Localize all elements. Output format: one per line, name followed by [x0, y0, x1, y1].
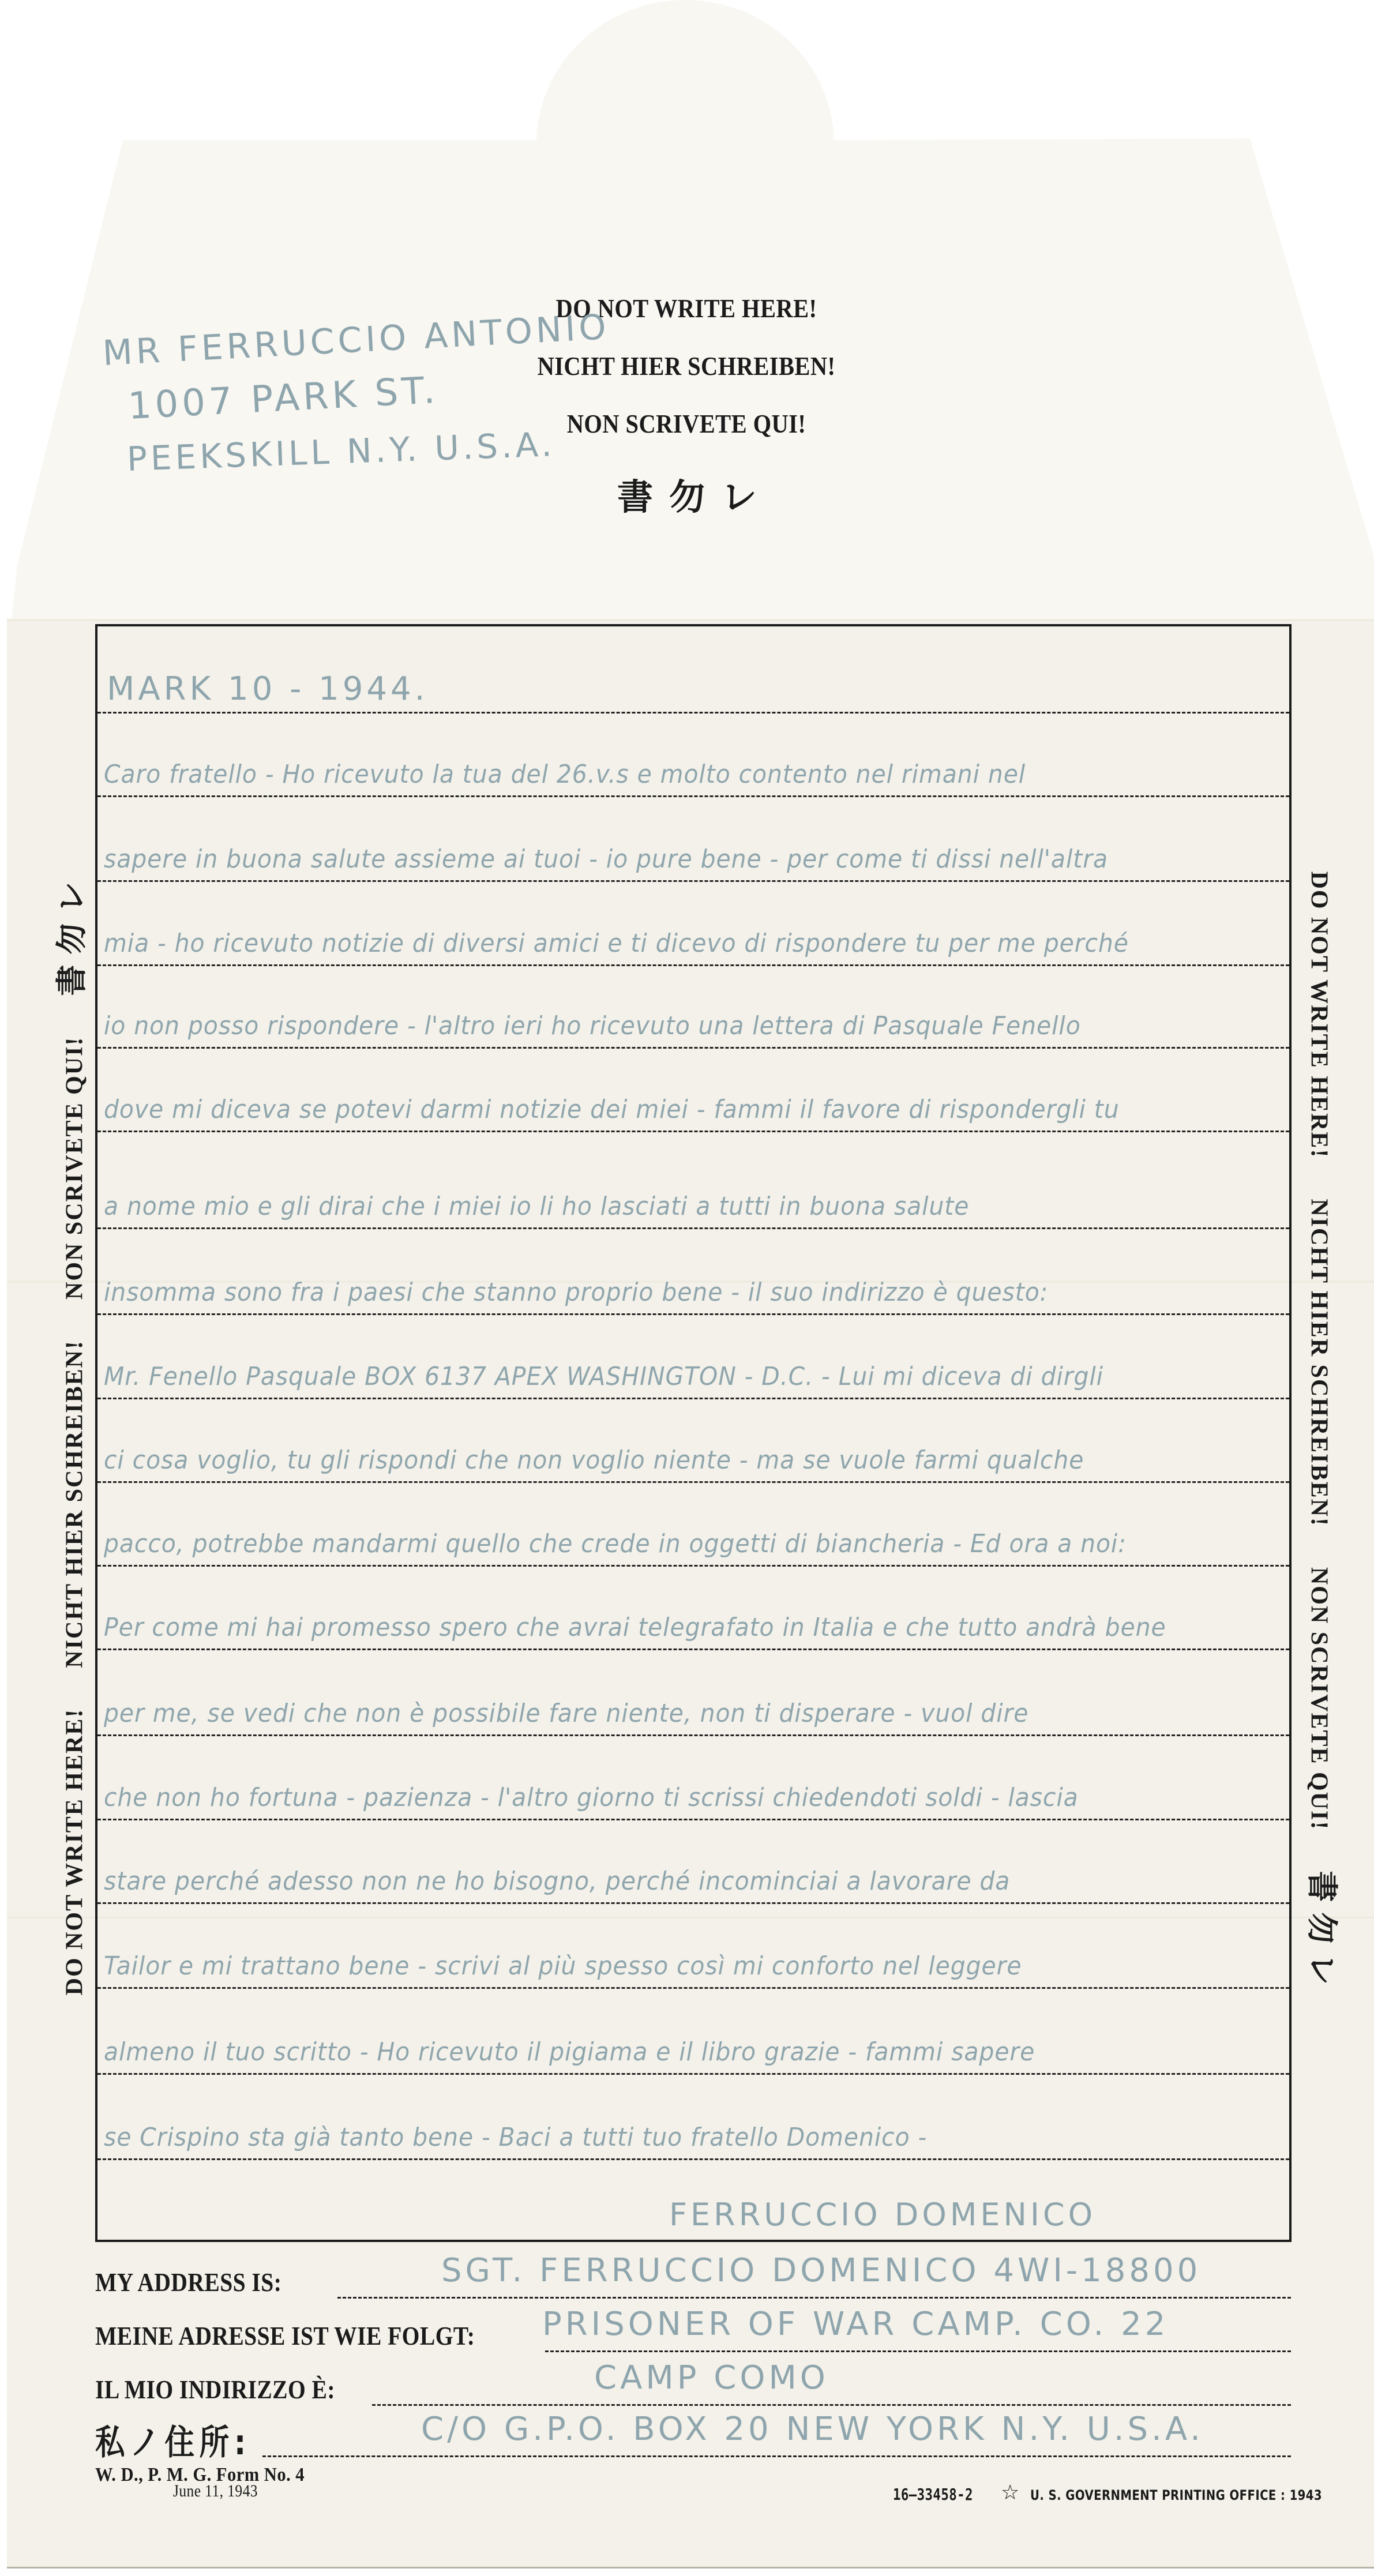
address-rule: [337, 2297, 1291, 2299]
address-rule: [372, 2404, 1291, 2406]
ruled-line: [97, 1313, 1289, 1315]
ruled-line: [97, 880, 1289, 882]
side-warning-left: DO NOT WRITE HERE!NICHT HIER SCHREIBEN!N…: [47, 872, 92, 1996]
ruled-line: [97, 1649, 1289, 1650]
letter-line: pacco, potrebbe mandarmi quello che cred…: [104, 1529, 1198, 1559]
side-warning-it: NON SCRIVETE QUI!: [1306, 1567, 1332, 1830]
ruled-line: [97, 1902, 1289, 1904]
letter-line: per me, se vedi che non è possibile fare…: [104, 1699, 1198, 1728]
ruled-line: [97, 1481, 1289, 1483]
letter-line: a nome mio e gli dirai che i miei io li …: [104, 1192, 1198, 1221]
letter-line: Tailor e mi trattano bene - scrivi al pi…: [104, 1951, 1198, 1981]
side-warning-right: DO NOT WRITE HERE!NICHT HIER SCHREIBEN!N…: [1302, 872, 1347, 1996]
ruled-line: [97, 2073, 1289, 2075]
letter-line: almeno il tuo scritto - Ho ricevuto il p…: [104, 2037, 1198, 2067]
fold-line: [7, 619, 1374, 621]
ruled-line: [97, 1131, 1289, 1132]
side-warning-en: DO NOT WRITE HERE!: [1306, 872, 1332, 1159]
ruled-line: [97, 712, 1289, 714]
address-rule: [262, 2455, 1291, 2457]
address-label: IL MIO INDIRIZZO È:: [95, 2374, 335, 2405]
ruled-line: [97, 1734, 1289, 1736]
side-warning-jp: 書勿レ: [54, 872, 90, 996]
flap-warning-jp: 書勿レ: [617, 468, 773, 520]
ruled-line: [97, 2158, 1289, 2160]
ruled-line: [97, 1398, 1289, 1399]
address-label: MEINE ADRESSE IST WIE FOLGT:: [95, 2320, 475, 2351]
letter-line: mia - ho ricevuto notizie di diversi ami…: [104, 929, 1198, 958]
address-value: C/O G.P.O. BOX 20 NEW YORK N.Y. U.S.A.: [421, 2410, 1204, 2448]
letter-line: ci cosa voglio, tu gli rispondi che non …: [104, 1445, 1198, 1475]
side-warning-de: NICHT HIER SCHREIBEN!: [1306, 1199, 1332, 1527]
letter-line: stare perché adesso non ne ho bisogno, p…: [104, 1867, 1198, 1896]
ruled-line: [97, 1819, 1289, 1820]
letter-line: sapere in buona salute assieme ai tuoi -…: [104, 844, 1198, 874]
address-label: 私ノ住所:: [95, 2415, 251, 2465]
letter-line: Per come mi hai promesso spero che avrai…: [104, 1613, 1198, 1642]
address-rule: [545, 2350, 1291, 2352]
letter-date: MARK 10 - 1944.: [107, 670, 428, 708]
ruled-line: [97, 795, 1289, 797]
address-value: CAMP COMO: [594, 2359, 829, 2397]
ruled-line: [97, 1227, 1289, 1229]
address-value: SGT. FERRUCCIO DOMENICO 4WI-18800: [441, 2252, 1201, 2289]
address-value: PRISONER OF WAR CAMP. CO. 22: [542, 2305, 1169, 2343]
side-warning-it: NON SCRIVETE QUI!: [62, 1037, 88, 1300]
flap-warning-de: NICHT HIER SCHREIBEN!: [458, 351, 915, 381]
letter-line: Mr. Fenello Pasquale BOX 6137 APEX WASHI…: [104, 1362, 1198, 1391]
letter-line: insomma sono fra i paesi che stanno prop…: [104, 1278, 1198, 1307]
print-code: 16—33458-2: [893, 2485, 973, 2504]
letter-line: che non ho fortuna - pazienza - l'altro …: [104, 1783, 1198, 1812]
address-label: MY ADDRESS IS:: [95, 2267, 281, 2297]
letter-line: dove mi diceva se potevi darmi notizie d…: [104, 1095, 1198, 1124]
letter-line: Caro fratello - Ho ricevuto la tua del 2…: [104, 760, 1198, 789]
ruled-line: [97, 1987, 1289, 1989]
letter-line: se Crispino sta già tanto bene - Baci a …: [104, 2123, 1198, 2152]
side-warning-en: DO NOT WRITE HERE!: [62, 1708, 88, 1996]
star-icon: ☆: [1001, 2480, 1020, 2504]
letter-line: io non posso rispondere - l'altro ieri h…: [104, 1011, 1198, 1041]
ruled-line: [97, 1565, 1289, 1567]
side-warning-jp: 書勿レ: [1304, 1871, 1341, 1995]
ruled-line: [97, 1047, 1289, 1049]
side-warning-de: NICHT HIER SCHREIBEN!: [62, 1340, 88, 1668]
form-date: June 11, 1943: [173, 2481, 258, 2501]
printer-imprint: U. S. GOVERNMENT PRINTING OFFICE : 1943: [1030, 2487, 1322, 2503]
ruled-line: [97, 964, 1289, 966]
letter-signature: FERRUCCIO DOMENICO: [669, 2196, 1096, 2233]
